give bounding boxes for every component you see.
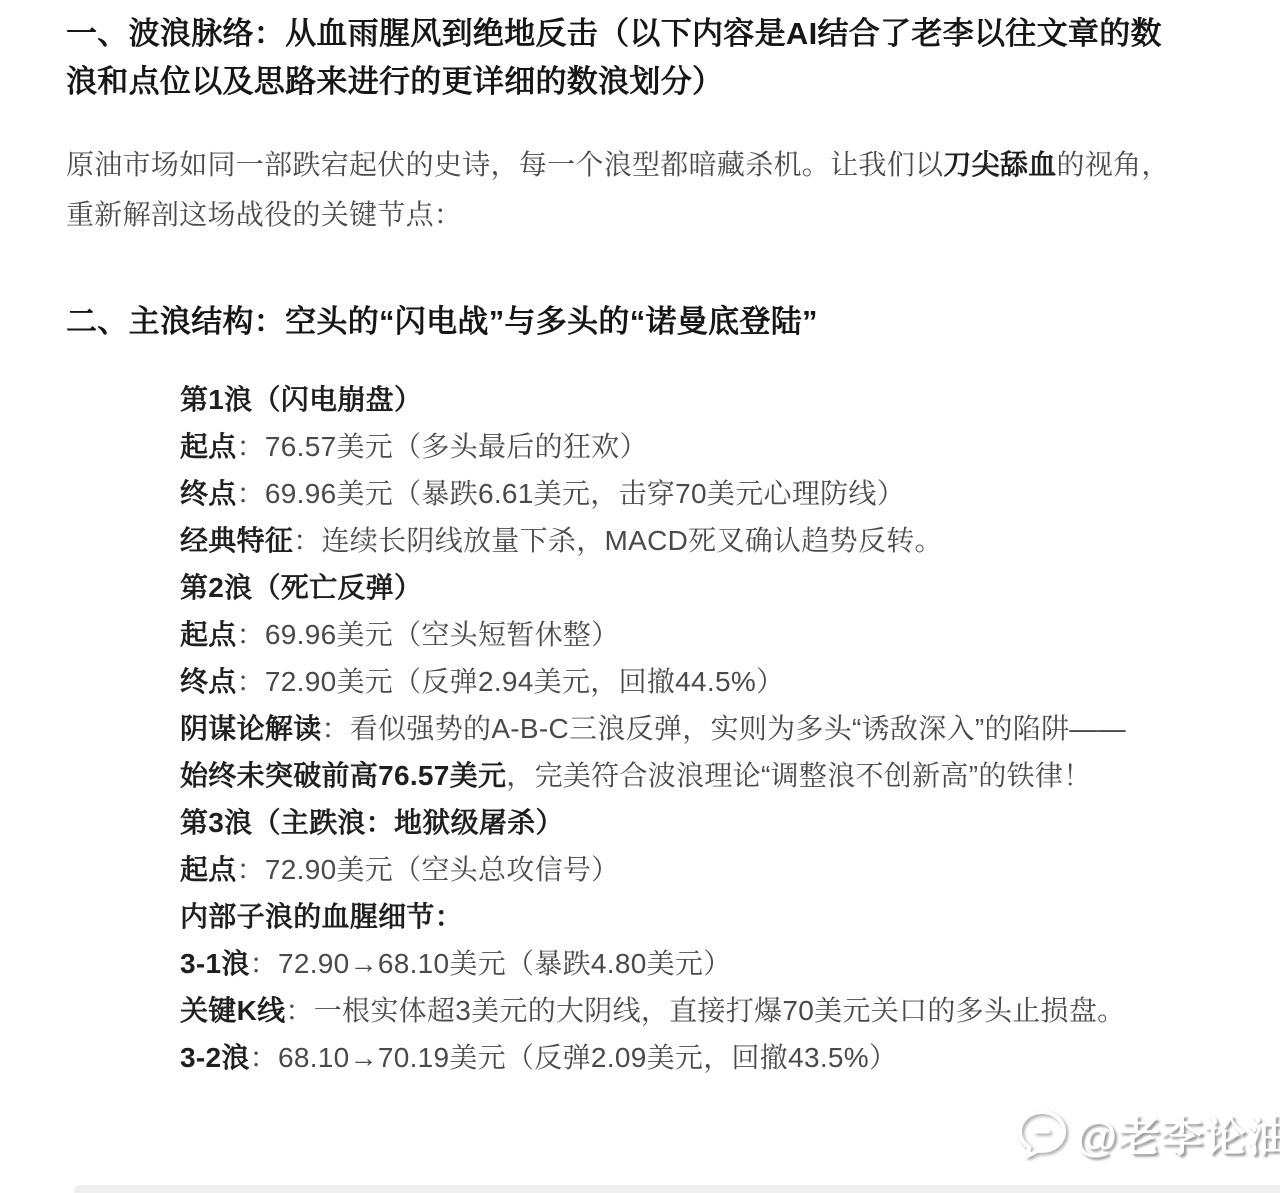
wave3-subtitle: 内部子浪的血腥细节：: [180, 893, 1132, 940]
wave2-start-label: 起点: [180, 619, 237, 650]
wave1-end-label: 终点: [180, 478, 237, 509]
next-block-top-edge: [74, 1185, 1280, 1193]
section-heading-2: 二、主浪结构：空头的“闪电战”与多头的“诺曼底登陆”: [66, 298, 1184, 346]
article-body: 一、波浪脉络：从血雨腥风到绝地反击（以下内容是AI结合了老李以往文章的数浪和点位…: [0, 0, 1280, 1081]
wave2-start-line: 起点：69.96美元（空头短暂休整）: [180, 611, 1132, 658]
wave1-end-value: ：69.96美元（暴跌6.61美元，击穿70美元心理防线）: [237, 478, 905, 509]
wave3-kline-value: ：一根实体超3美元的大阴线，直接打爆70美元关口的多头止损盘。: [285, 995, 1125, 1026]
wave3-sub1-line: 3-1浪：72.90→68.10美元（暴跌4.80美元）: [180, 940, 1132, 987]
wave3-start-line: 起点：72.90美元（空头总攻信号）: [180, 846, 1132, 893]
wave3-kline-label: 关键K线: [180, 995, 285, 1026]
wave-analysis-block: 第1浪（闪电崩盘） 起点：76.57美元（多头最后的狂欢） 终点：69.96美元…: [180, 376, 1132, 1081]
wave3-sub1-value: ：72.90→68.10美元（暴跌4.80美元）: [250, 948, 732, 979]
wave3-start-label: 起点: [180, 854, 237, 885]
wave2-conspiracy-label: 阴谋论解读: [180, 713, 322, 744]
wave3-sub2-line: 3-2浪：68.10→70.19美元（反弹2.09美元，回撤43.5%）: [180, 1034, 1132, 1081]
wave1-feature-line: 经典特征：连续长阴线放量下杀，MACD死叉确认趋势反转。: [180, 517, 1132, 564]
wave1-start-label: 起点: [180, 431, 237, 462]
wave3-sub2-label: 3-2浪: [180, 1042, 250, 1073]
intro-paragraph: 原油市场如同一部跌宕起伏的史诗，每一个浪型都暗藏杀机。让我们以刀尖舔血的视角，重…: [66, 140, 1184, 240]
wave1-start-line: 起点：76.57美元（多头最后的狂欢）: [180, 423, 1132, 470]
wave1-feature-label: 经典特征: [180, 525, 293, 556]
wave3-start-value: ：72.90美元（空头总攻信号）: [237, 854, 620, 885]
author-watermark: @老李论油: [1016, 1104, 1280, 1164]
intro-text-pre: 原油市场如同一部跌宕起伏的史诗，每一个浪型都暗藏杀机。让我们以: [66, 149, 943, 180]
wave2-end-label: 终点: [180, 666, 237, 697]
wave3-kline-line: 关键K线：一根实体超3美元的大阴线，直接打爆70美元关口的多头止损盘。: [180, 987, 1132, 1034]
wave2-start-value: ：69.96美元（空头短暂休整）: [237, 619, 620, 650]
wave2-title: 第2浪（死亡反弹）: [180, 564, 1132, 611]
wave2-end-value: ：72.90美元（反弹2.94美元，回撤44.5%）: [237, 666, 785, 697]
wave1-title: 第1浪（闪电崩盘）: [180, 376, 1132, 423]
wave2-conspiracy-text1: ：看似强势的A-B-C三浪反弹，实则为多头“诱敌深入”的陷阱——: [322, 713, 1126, 744]
wave1-feature-value: ：连续长阴线放量下杀，MACD死叉确认趋势反转。: [293, 525, 943, 556]
watermark-handle: @老李论油: [1076, 1104, 1280, 1164]
wave3-sub1-label: 3-1浪: [180, 948, 250, 979]
wave2-end-line: 终点：72.90美元（反弹2.94美元，回撤44.5%）: [180, 658, 1132, 705]
wave2-conspiracy-bold: 始终未突破前高76.57美元: [180, 760, 506, 791]
intro-bold-text: 刀尖舔血: [943, 149, 1056, 180]
wave1-start-value: ：76.57美元（多头最后的狂欢）: [237, 431, 648, 462]
speech-bubble-quote-icon: [1016, 1108, 1068, 1160]
wave2-conspiracy-line: 阴谋论解读：看似强势的A-B-C三浪反弹，实则为多头“诱敌深入”的陷阱——始终未…: [180, 705, 1132, 799]
wave1-end-line: 终点：69.96美元（暴跌6.61美元，击穿70美元心理防线）: [180, 470, 1132, 517]
wave2-conspiracy-text2: ，完美符合波浪理论“调整浪不创新高”的铁律！: [506, 760, 1091, 791]
wave3-title: 第3浪（主跌浪：地狱级屠杀）: [180, 799, 1132, 846]
wave3-sub2-value: ：68.10→70.19美元（反弹2.09美元，回撤43.5%）: [250, 1042, 898, 1073]
section-heading-1: 一、波浪脉络：从血雨腥风到绝地反击（以下内容是AI结合了老李以往文章的数浪和点位…: [66, 10, 1184, 106]
